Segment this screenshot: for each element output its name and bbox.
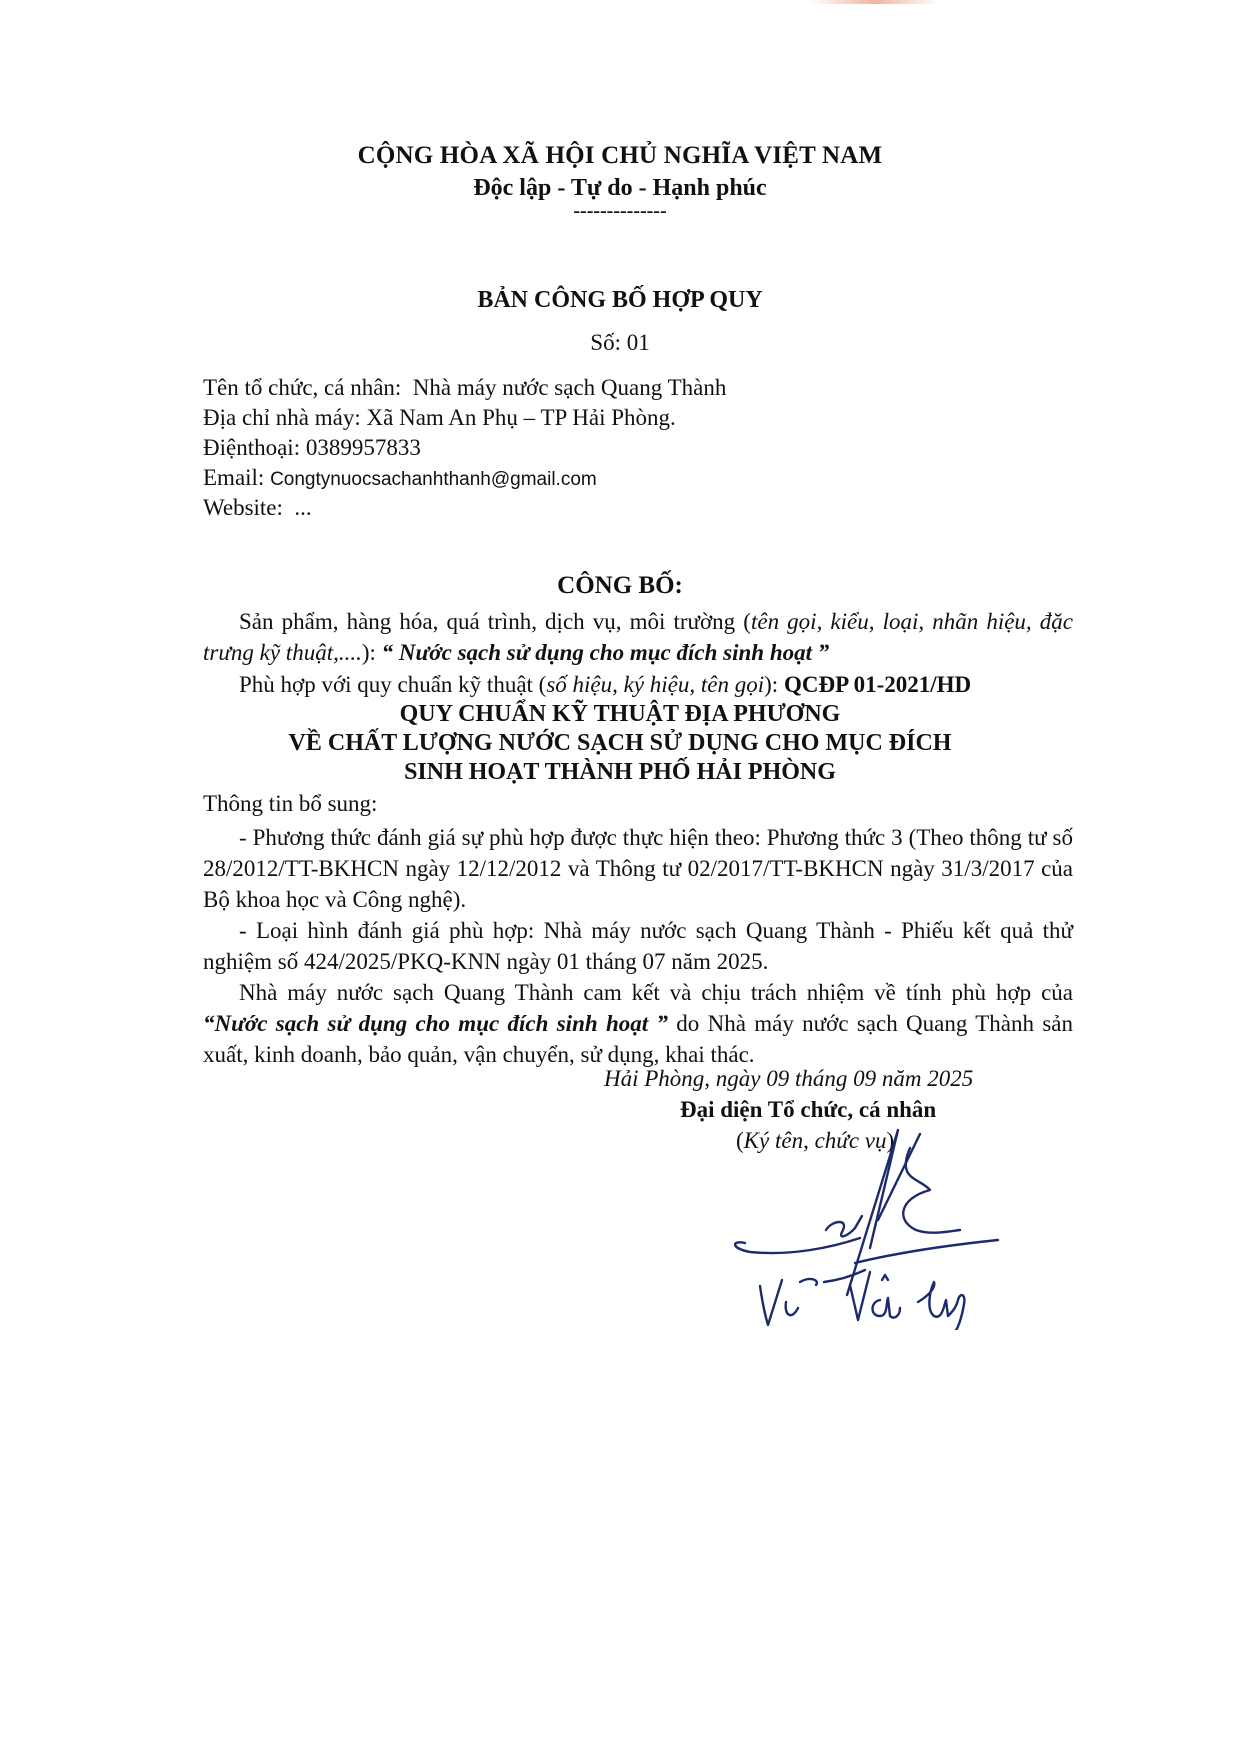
- regulation-line-1: QUY CHUẨN KỸ THUẬT ĐỊA PHƯƠNG: [0, 700, 1240, 729]
- org-name-label: Tên tổ chức, cá nhân:: [203, 375, 401, 400]
- phone-value: 0389957833: [306, 435, 421, 460]
- phone-label: Điệnthoại:: [203, 435, 300, 460]
- document-number: Số: 01: [0, 330, 1240, 356]
- address-value: Xã Nam An Phụ – TP Hải Phòng.: [367, 405, 676, 430]
- assessment-type-paragraph: - Loại hình đánh giá phù hợp: Nhà máy nư…: [203, 915, 1073, 977]
- commit-prefix: Nhà máy nước sạch Quang Thành cam kết và…: [239, 980, 1073, 1005]
- address-label: Địa chỉ nhà máy:: [203, 405, 361, 430]
- phone-line: Điệnthoại: 0389957833: [203, 435, 421, 461]
- website-label: Website:: [203, 495, 283, 520]
- product-paragraph: Sản phẩm, hàng hóa, quá trình, dịch vụ, …: [203, 606, 1073, 668]
- regulation-line-2: VỀ CHẤT LƯỢNG NƯỚC SẠCH SỬ DỤNG CHO MỤC …: [0, 729, 1240, 758]
- announcement-heading: CÔNG BỐ:: [0, 572, 1240, 600]
- product-mid: ):: [362, 640, 382, 665]
- handwritten-signature: [720, 1120, 1000, 1330]
- header-divider: --------------: [0, 200, 1240, 223]
- email-line: Email: Congtynuocsachanhthanh@gmail.com: [203, 465, 597, 491]
- standard-mid: ):: [764, 672, 784, 697]
- commit-product: “Nước sạch sử dụng cho mục đích sinh hoạ…: [203, 1011, 668, 1036]
- place-date: Hải Phòng, ngày 09 tháng 09 năm 2025: [604, 1066, 973, 1092]
- additional-info-label: Thông tin bổ sung:: [203, 791, 377, 817]
- method-paragraph: - Phương thức đánh giá sự phù hợp được t…: [203, 822, 1073, 915]
- org-name-value: Nhà máy nước sạch Quang Thành: [413, 375, 727, 400]
- website-line: Website: ...: [203, 495, 312, 521]
- scan-stain: [810, 0, 940, 4]
- standard-code: QCĐP 01-2021/HD: [784, 672, 971, 697]
- address-line: Địa chỉ nhà máy: Xã Nam An Phụ – TP Hải …: [203, 405, 676, 431]
- regulation-line-3: SINH HOẠT THÀNH PHỐ HẢI PHÒNG: [0, 758, 1240, 787]
- document-title: BẢN CÔNG BỐ HỢP QUY: [0, 287, 1240, 314]
- nation-heading: CỘNG HÒA XÃ HỘI CHỦ NGHĨA VIỆT NAM: [0, 142, 1240, 170]
- document-page: CỘNG HÒA XÃ HỘI CHỦ NGHĨA VIỆT NAM Độc l…: [0, 0, 1240, 1755]
- commitment-paragraph: Nhà máy nước sạch Quang Thành cam kết và…: [203, 977, 1073, 1070]
- email-label: Email:: [203, 465, 264, 490]
- website-value: ...: [294, 495, 311, 520]
- standard-prefix: Phù hợp với quy chuẩn kỹ thuật (: [239, 672, 546, 697]
- product-name: “ Nước sạch sử dụng cho mục đích sinh ho…: [382, 640, 830, 665]
- email-value: Congtynuocsachanhthanh@gmail.com: [270, 469, 597, 490]
- motto: Độc lập - Tự do - Hạnh phúc: [0, 175, 1240, 202]
- standard-hint: số hiệu, ký hiệu, tên gọi: [546, 672, 764, 697]
- product-prefix: Sản phẩm, hàng hóa, quá trình, dịch vụ, …: [239, 609, 751, 634]
- standard-paragraph: Phù hợp với quy chuẩn kỹ thuật (số hiệu,…: [203, 669, 1073, 700]
- org-name-line: Tên tổ chức, cá nhân: Nhà máy nước sạch …: [203, 375, 726, 401]
